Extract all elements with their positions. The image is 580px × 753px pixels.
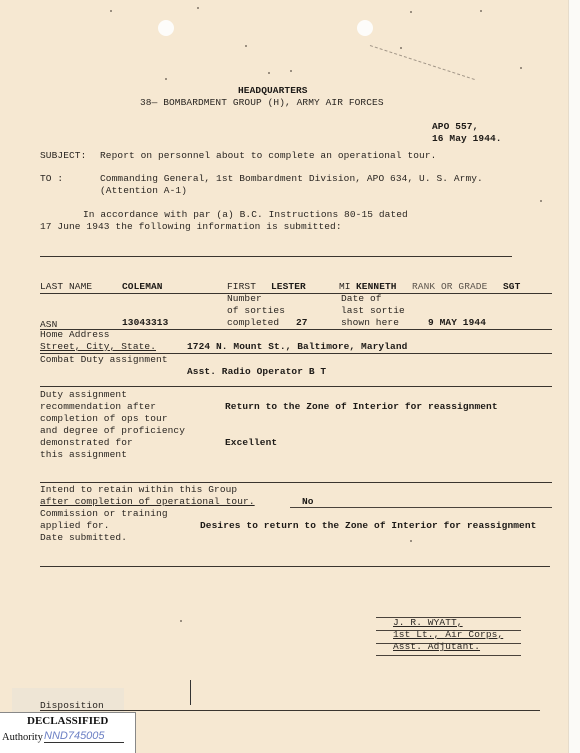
header-date: 16 May 1944. <box>432 133 502 144</box>
divider <box>290 507 552 508</box>
last-sortie-label-1: Date of <box>341 293 382 304</box>
sorties-label-3: completed <box>227 317 279 328</box>
last-sortie-label-3: shown here <box>341 317 399 328</box>
first-name-label: FIRST <box>227 281 256 292</box>
asn-value: 13043313 <box>122 317 168 328</box>
header-title: HEADQUARTERS <box>238 85 308 96</box>
duty-rec-label-5: demonstrated for <box>40 437 133 448</box>
divider <box>190 680 191 705</box>
duty-rec-label-2: recommendation after <box>40 401 156 412</box>
mi-value: KENNETH <box>356 281 397 292</box>
duty-rec-label-1: Duty assignment <box>40 389 127 400</box>
duty-rec-label-6: this assignment <box>40 449 127 460</box>
proficiency-value: Excellent <box>225 437 277 448</box>
document-page: HEADQUARTERS 38— BOMBARDMENT GROUP (H), … <box>0 0 568 753</box>
divider <box>40 386 552 387</box>
stamp-title: DECLASSIFIED <box>27 715 108 727</box>
last-sortie-label-2: last sortie <box>341 305 405 316</box>
fold-mark <box>370 45 475 80</box>
home-address-label-1: Home Address <box>40 329 110 340</box>
last-name-value: COLEMAN <box>122 281 163 292</box>
stamp-authority-value: NND745005 <box>44 730 124 743</box>
page-edge <box>568 0 580 753</box>
divider <box>40 329 552 330</box>
to-line-2: (Attention A-1) <box>100 185 187 196</box>
sorties-value: 27 <box>296 317 308 328</box>
divider <box>40 710 540 711</box>
body-line-2: 17 June 1943 the following information i… <box>40 221 342 232</box>
retain-label-1: Intend to retain within this Group <box>40 484 237 495</box>
duty-rec-label-4: and degree of proficiency <box>40 425 185 436</box>
to-line-1: Commanding General, 1st Bombardment Divi… <box>100 173 483 184</box>
punch-hole <box>158 20 174 36</box>
declassified-stamp: DECLASSIFIED Authority NND745005 <box>0 712 136 753</box>
commission-label-1: Commission or training <box>40 508 168 519</box>
subject-label: SUBJECT: <box>40 150 86 161</box>
home-address-label-2: Street, City, State. <box>40 341 156 352</box>
signature-title: Asst. Adjutant. <box>393 641 480 652</box>
commission-value: Desires to return to the Zone of Interio… <box>200 520 536 531</box>
combat-duty-value: Asst. Radio Operator B T <box>187 366 326 377</box>
stamp-authority-label: Authority <box>2 732 43 743</box>
divider <box>40 256 512 257</box>
signature-name: J. R. WYATT, <box>393 617 463 628</box>
last-sortie-value: 9 MAY 1944 <box>428 317 486 328</box>
commission-label-2: applied for. <box>40 520 110 531</box>
retain-value: No <box>302 496 314 507</box>
sorties-label-1: Number <box>227 293 262 304</box>
mi-label: MI <box>339 281 351 292</box>
to-label: TO : <box>40 173 63 184</box>
header-unit: 38— BOMBARDMENT GROUP (H), ARMY AIR FORC… <box>140 97 384 108</box>
rank-value: SGT <box>503 281 520 292</box>
divider <box>40 293 552 294</box>
signature-line <box>376 655 521 656</box>
combat-duty-label: Combat Duty assignment <box>40 354 168 365</box>
divider <box>40 482 552 483</box>
header-apo: APO 557, <box>432 121 478 132</box>
duty-rec-label-3: completion of ops tour <box>40 413 168 424</box>
last-name-label: LAST NAME <box>40 281 92 292</box>
first-name-value: LESTER <box>271 281 306 292</box>
body-line-1: In accordance with par (a) B.C. Instruct… <box>83 209 408 220</box>
home-address-value: 1724 N. Mount St., Baltimore, Maryland <box>187 341 407 352</box>
subject-text: Report on personnel about to complete an… <box>100 150 436 161</box>
punch-hole <box>357 20 373 36</box>
duty-rec-value: Return to the Zone of Interior for reass… <box>225 401 498 412</box>
sorties-label-2: of sorties <box>227 305 285 316</box>
divider <box>40 566 550 567</box>
retain-label-2: after completion of operational tour. <box>40 496 255 507</box>
signature-rank: 1st Lt., Air Corps, <box>393 629 503 640</box>
rank-label: RANK OR GRADE <box>412 281 487 292</box>
commission-label-3: Date submitted. <box>40 532 127 543</box>
